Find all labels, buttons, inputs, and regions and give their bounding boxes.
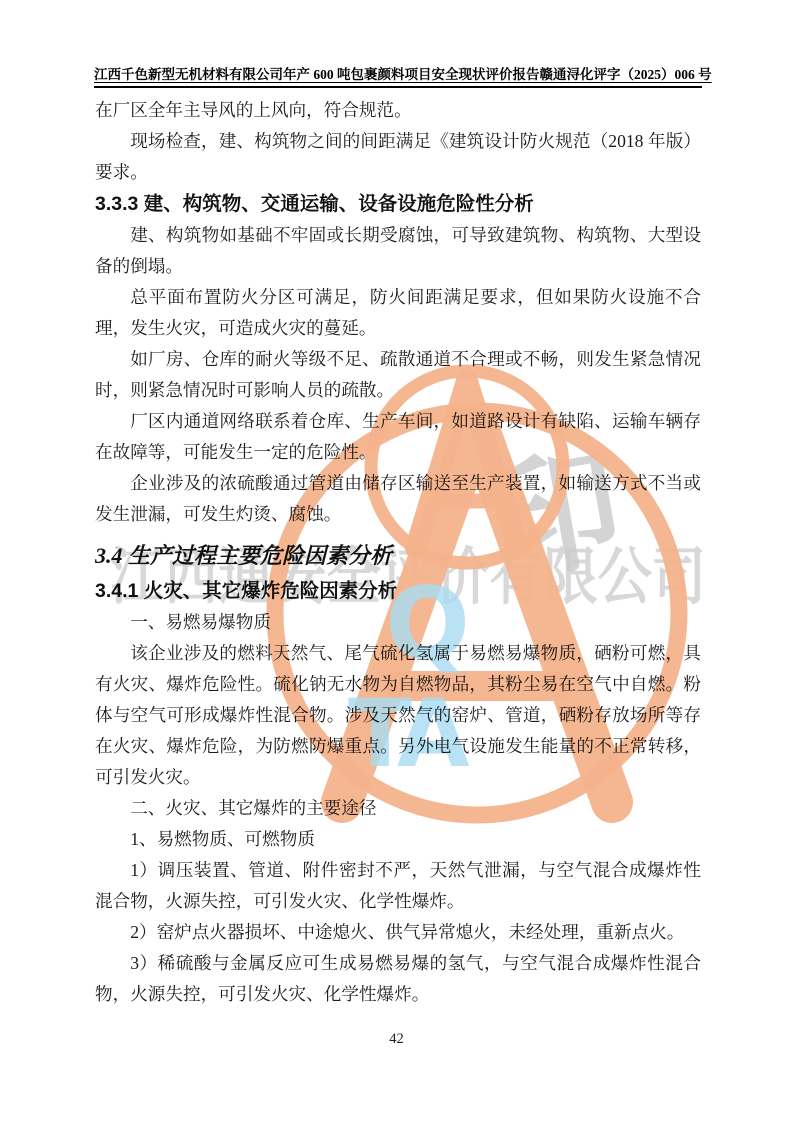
section-heading-3-4: 3.4 生产过程主要危险因素分析 [95, 539, 701, 572]
document-body: 在厂区全年主导风的上风向，符合规范。 现场检查，建、构筑物之间的间距满足《建筑设… [95, 95, 701, 1010]
paragraph: 在厂区全年主导风的上风向，符合规范。 [95, 95, 701, 126]
header-doc-number: 赣通浔化评字（2025）006 号 [540, 63, 712, 83]
paragraph: 建、构筑物如基础不牢固或长期受腐蚀，可导致建筑物、构筑物、大型设备的倒塌。 [95, 220, 701, 282]
paragraph: 企业涉及的浓硫酸通过管道由储存区输送至生产装置，如输送方式不当或发生泄漏，可发生… [95, 468, 701, 530]
list-item: 3）稀硫酸与金属反应可生成易燃易爆的氢气，与空气混合成爆炸性混合物，火源失控，可… [95, 948, 701, 1010]
list-item: 2）窑炉点火器损坏、中途熄火、供气异常熄火，未经处理，重新点火。 [95, 917, 701, 948]
page-number: 42 [389, 1031, 404, 1047]
list-item: 1）调压装置、管道、附件密封不严，天然气泄漏，与空气混合成爆炸性混合物，火源失控… [95, 855, 701, 917]
paragraph: 现场检查，建、构筑物之间的间距满足《建筑设计防火规范（2018 年版）要求。 [95, 126, 701, 188]
report-page: 江西千色新型无机材料有限公司年产 600 吨包裹颜料项目安全现状评价报告 赣通浔… [0, 0, 793, 1122]
list-item: 一、易燃易爆物质 [95, 607, 701, 638]
paragraph: 厂区内通道网络联系着仓库、生产车间，如道路设计有缺陷、运输车辆存在故障等，可能发… [95, 406, 701, 468]
paragraph: 总平面布置防火分区可满足，防火间距满足要求，但如果防火设施不合理，发生火灾，可造… [95, 282, 701, 344]
page-footer: 42 [0, 1031, 793, 1048]
section-heading-3-3-3: 3.3.3 建、构筑物、交通运输、设备设施危险性分析 [95, 188, 701, 220]
paragraph: 如厂房、仓库的耐火等级不足、疏散通道不合理或不畅，则发生紧急情况时，则紧急情况时… [95, 344, 701, 406]
list-item: 1、易燃物质、可燃物质 [95, 824, 701, 855]
paragraph: 该企业涉及的燃料天然气、尾气硫化氢属于易燃易爆物质，硒粉可燃，具有火灾、爆炸危险… [95, 638, 701, 793]
page-header: 江西千色新型无机材料有限公司年产 600 吨包裹颜料项目安全现状评价报告 赣通浔… [94, 63, 702, 88]
section-heading-3-4-1: 3.4.1 火灾、其它爆炸危险因素分析 [95, 575, 701, 607]
header-report-title: 江西千色新型无机材料有限公司年产 600 吨包裹颜料项目安全现状评价报告 [94, 63, 540, 83]
list-item: 二、火灾、其它爆炸的主要途径 [95, 793, 701, 824]
